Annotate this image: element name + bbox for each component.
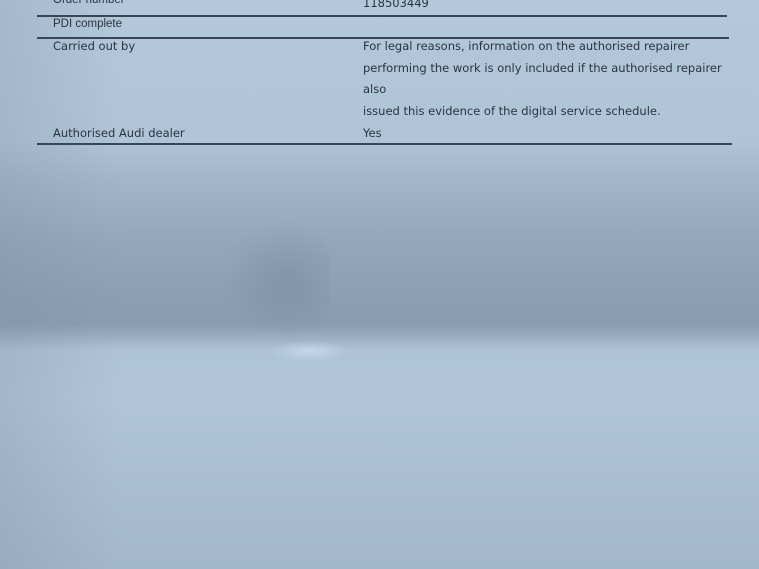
authorised-dealer-value: Yes: [363, 123, 733, 145]
carried-out-by-line: For legal reasons, information on the au…: [363, 36, 733, 58]
carried-out-by-label: Carried out by: [53, 39, 135, 53]
paper-crease-highlight: [270, 340, 350, 362]
row-divider: [37, 143, 732, 145]
pdi-complete-label: PDI complete: [53, 18, 122, 30]
order-number-value: 118503449: [363, 0, 733, 12]
order-number-label: Order number: [53, 0, 125, 6]
carried-out-by-line: issued this evidence of the digital serv…: [363, 101, 733, 123]
carried-out-by-value: For legal reasons, information on the au…: [363, 36, 733, 122]
row-divider: [37, 15, 727, 17]
authorised-dealer-label: Authorised Audi dealer: [53, 126, 185, 140]
paper-shading: [0, 0, 120, 569]
paper-crease-shadow: [220, 220, 330, 340]
carried-out-by-line: performing the work is only included if …: [363, 58, 733, 101]
